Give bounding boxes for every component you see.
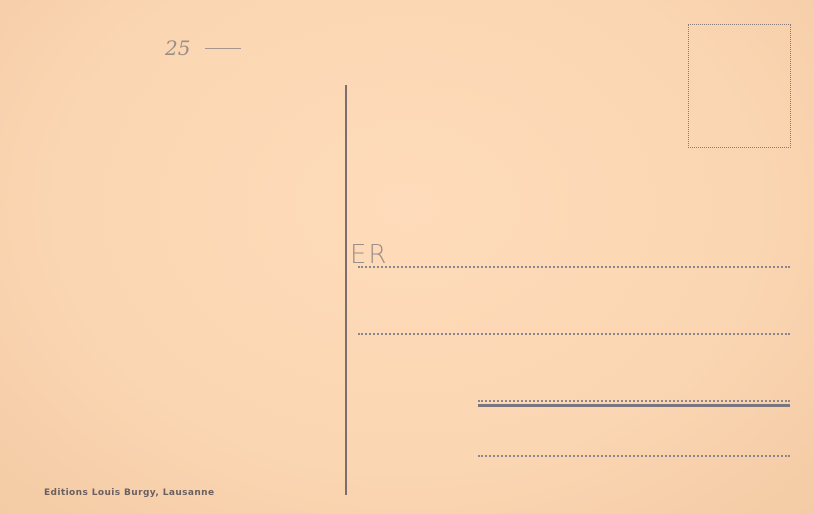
- publisher-imprint: Editions Louis Burgy, Lausanne: [44, 488, 214, 498]
- address-line-2: [358, 333, 790, 335]
- center-divider: [345, 85, 347, 495]
- handwritten-dash: [205, 48, 241, 49]
- stamp-box: [688, 24, 791, 148]
- address-line-3: [478, 400, 790, 402]
- address-line-4: [478, 455, 790, 457]
- postcard-back: 25 ER Editions Louis Burgy, Lausanne: [0, 0, 814, 514]
- address-line-1: [358, 266, 790, 268]
- address-underline: [478, 404, 790, 407]
- handwritten-price: 25: [165, 36, 190, 60]
